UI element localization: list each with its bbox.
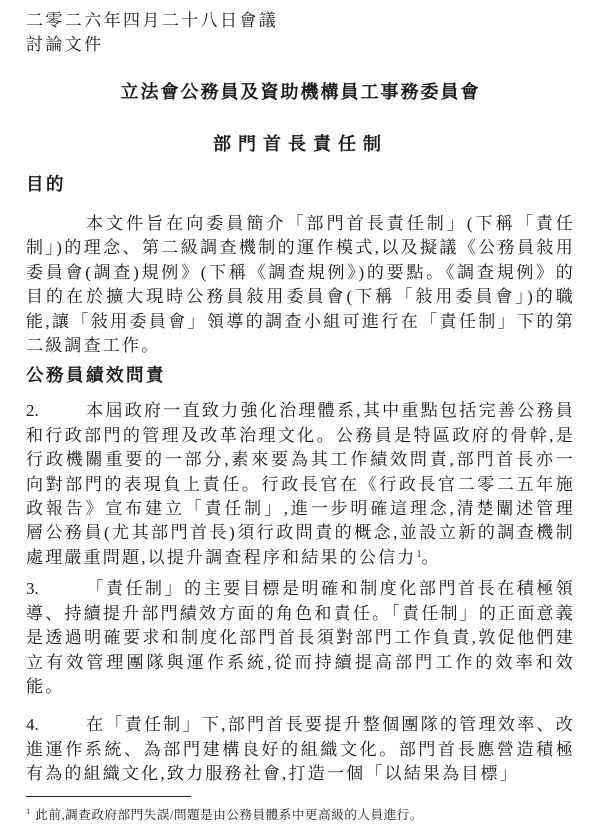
paragraph-4-text: 在「責任制」下,部門首長要提升整個團隊的管理效率、改進運作系統、為部門建構良好的… — [26, 715, 575, 783]
paper-type-line: 討論文件 — [26, 33, 575, 57]
meeting-date-line: 二零二六年四月二十八日會議 — [26, 9, 575, 33]
footnote-marker: 1 — [26, 806, 30, 816]
committee-title: 立法會公務員及資助機構員工事務委員會 — [26, 80, 575, 104]
purpose-heading: 目的 — [26, 172, 575, 196]
paragraph-3-text: 「責任制」的主要目標是明確和制度化部門首長在積極領導、持續提升部門績效方面的角色… — [26, 579, 575, 696]
accountability-heading: 公務員績效問責 — [26, 363, 575, 387]
paragraph-2-number: 2. — [26, 399, 86, 423]
paragraph-2-text: 本屆政府一直致力強化治理體系,其中重點包括完善公務員和行政部門的管理及改革治理文… — [26, 401, 575, 566]
paper-title: 部門首長責任制 — [26, 132, 575, 156]
paragraph-3-number: 3. — [26, 577, 86, 601]
paragraph-2: 2.本屆政府一直致力強化治理體系,其中重點包括完善公務員和行政部門的管理及改革治… — [26, 399, 575, 570]
footnote-text: 此前,調查政府部門失誤/問題是由公務員體系中更高級的人員進行。 — [35, 808, 423, 822]
footnote: 1此前,調查政府部門失誤/問題是由公務員體系中更高級的人員進行。 — [26, 803, 575, 824]
document-page: 二零二六年四月二十八日會議 討論文件 立法會公務員及資助機構員工事務委員會 部門… — [0, 0, 600, 836]
paragraph-3: 3.「責任制」的主要目標是明確和制度化部門首長在積極領導、持續提升部門績效方面的… — [26, 577, 575, 699]
footnote-separator — [26, 796, 191, 797]
paragraph-4-number: 4. — [26, 713, 86, 737]
paragraph-4: 4.在「責任制」下,部門首長要提升整個團隊的管理效率、改進運作系統、為部門建構良… — [26, 713, 575, 786]
purpose-paragraph: 本文件旨在向委員簡介「部門首長責任制」(下稱「責任制」)的理念、第二級調查機制的… — [26, 212, 575, 358]
paragraph-2-text-end: 。 — [421, 548, 440, 567]
